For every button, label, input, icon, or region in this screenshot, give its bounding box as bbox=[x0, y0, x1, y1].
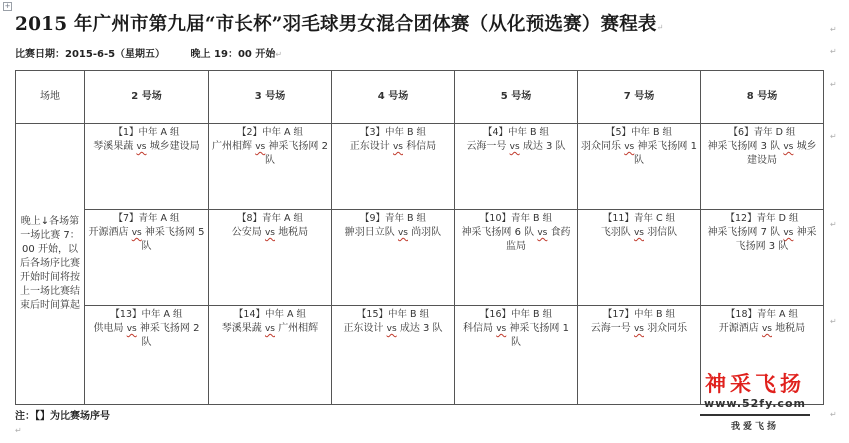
paragraph-mark-icon: ↵ bbox=[830, 25, 837, 34]
match-teams: 开源酒店 vs 地税局 bbox=[703, 322, 821, 336]
match-teams: 翀羽日立队 vs 尚羽队 bbox=[334, 226, 452, 240]
vs-label: vs bbox=[510, 142, 520, 152]
vs-label: vs bbox=[265, 228, 275, 238]
header-court-8: 8 号场 bbox=[701, 71, 824, 124]
vs-label: vs bbox=[783, 142, 793, 152]
match-teams: 正东设计 vs 成达 3 队 bbox=[334, 322, 452, 336]
vs-label: vs bbox=[783, 228, 793, 238]
match-teams: 科信局 vs 神采飞扬网 1 队 bbox=[457, 322, 575, 350]
match-number: 【13】中年 A 组 bbox=[87, 308, 206, 322]
match-teams: 云海一号 vs 羽众同乐 bbox=[580, 322, 698, 336]
match-teams: 神采飞扬网 7 队 vs 神采飞扬网 3 队 bbox=[703, 226, 821, 254]
vs-label: vs bbox=[393, 142, 403, 152]
match-meta: 比赛日期：2015-6-5（星期五） 晚上 19：00 开始↵ bbox=[15, 45, 282, 60]
match-number: 【2】中年 A 组 bbox=[211, 126, 329, 140]
match-cell: 【6】青年 D 组神采飞扬网 3 队 vs 城乡建设局 bbox=[701, 124, 824, 210]
paragraph-mark-icon: ↵ bbox=[830, 220, 837, 229]
match-cell: 【1】中年 A 组琴溪果蔬 vs 城乡建设局 bbox=[85, 124, 209, 210]
table-header-row: 场地 2 号场 3 号场 4 号场 5 号场 7 号场 8 号场 bbox=[16, 71, 824, 124]
watermark-brand: 神采飞扬 bbox=[690, 372, 820, 396]
match-cell: 【15】中年 B 组正东设计 vs 成达 3 队 bbox=[332, 306, 455, 405]
match-number: 【16】中年 B 组 bbox=[457, 308, 575, 322]
header-court-3: 3 号场 bbox=[209, 71, 332, 124]
match-cell: 【7】青年 A 组开源酒店 vs 神采飞扬网 5 队 bbox=[85, 210, 209, 306]
match-teams: 供电局 vs 神采飞扬网 2 队 bbox=[87, 322, 206, 350]
vs-label: vs bbox=[387, 324, 397, 334]
match-cell: 【13】中年 A 组供电局 vs 神采飞扬网 2 队 bbox=[85, 306, 209, 405]
vs-label: vs bbox=[537, 228, 547, 238]
vs-label: vs bbox=[496, 324, 506, 334]
match-cell: 【10】青年 B 组神采飞扬网 6 队 vs 食药监局 bbox=[455, 210, 578, 306]
match-number: 【18】青年 A 组 bbox=[703, 308, 821, 322]
match-cell: 【14】中年 A 组琴溪果蔬 vs 广州相辉 bbox=[209, 306, 332, 405]
match-cell: 【11】青年 C 组飞羽队 vs 羽信队 bbox=[578, 210, 701, 306]
match-teams: 云海一号 vs 成达 3 队 bbox=[457, 140, 575, 154]
watermark-url: www.52fy.com bbox=[690, 397, 820, 410]
match-number: 【11】青年 C 组 bbox=[580, 212, 698, 226]
table-row: 晚上↓各场第一场比赛 7：00 开始，以后各场序比赛开始时间将按上一场比赛结束后… bbox=[16, 124, 824, 210]
match-teams: 神采飞扬网 3 队 vs 城乡建设局 bbox=[703, 140, 821, 168]
paragraph-mark-icon: ↵ bbox=[15, 426, 22, 435]
vs-label: vs bbox=[132, 228, 142, 238]
footnote: 注：【】为比赛场序号 bbox=[15, 407, 110, 422]
match-cell: 【16】中年 B 组科信局 vs 神采飞扬网 1 队 bbox=[455, 306, 578, 405]
match-cell: 【8】青年 A 组公安局 vs 地税局 bbox=[209, 210, 332, 306]
match-number: 【4】中年 B 组 bbox=[457, 126, 575, 140]
match-number: 【9】青年 B 组 bbox=[334, 212, 452, 226]
match-date: 比赛日期：2015-6-5（星期五） bbox=[15, 49, 165, 60]
match-teams: 飞羽队 vs 羽信队 bbox=[580, 226, 698, 240]
match-number: 【5】中年 B 组 bbox=[580, 126, 698, 140]
match-number: 【8】青年 A 组 bbox=[211, 212, 329, 226]
paragraph-mark-icon: ↵ bbox=[657, 23, 664, 32]
vs-label: vs bbox=[634, 324, 644, 334]
watermark-slogan: 我爱飞扬 bbox=[690, 419, 820, 432]
match-teams: 正东设计 vs 科信局 bbox=[334, 140, 452, 154]
start-time: 晚上 19：00 开始 bbox=[191, 49, 276, 60]
paragraph-mark-icon: ↵ bbox=[830, 80, 837, 89]
paragraph-mark-icon: ↵ bbox=[830, 132, 837, 141]
match-cell: 【2】中年 A 组广州相辉 vs 神采飞扬网 2 队 bbox=[209, 124, 332, 210]
vs-label: vs bbox=[255, 142, 265, 152]
time-note-cell: 晚上↓各场第一场比赛 7：00 开始，以后各场序比赛开始时间将按上一场比赛结束后… bbox=[16, 124, 85, 405]
match-cell: 【12】青年 D 组神采飞扬网 7 队 vs 神采飞扬网 3 队 bbox=[701, 210, 824, 306]
header-court-4: 4 号场 bbox=[332, 71, 455, 124]
match-number: 【7】青年 A 组 bbox=[87, 212, 206, 226]
paragraph-mark-icon: ↵ bbox=[830, 47, 837, 56]
table-row: 【7】青年 A 组开源酒店 vs 神采飞扬网 5 队 【8】青年 A 组公安局 … bbox=[16, 210, 824, 306]
page-title: 2015 年广州市第九届“市长杯”羽毛球男女混合团体赛（从化预选赛）赛程表↵ bbox=[15, 10, 664, 36]
match-number: 【17】中年 B 组 bbox=[580, 308, 698, 322]
vs-label: vs bbox=[634, 228, 644, 238]
vs-label: vs bbox=[136, 142, 146, 152]
vs-label: vs bbox=[265, 324, 275, 334]
match-number: 【3】中年 B 组 bbox=[334, 126, 452, 140]
vs-label: vs bbox=[762, 324, 772, 334]
watermark: 神采飞扬 www.52fy.com 我爱飞扬 bbox=[690, 372, 820, 432]
schedule-table: 场地 2 号场 3 号场 4 号场 5 号场 7 号场 8 号场 晚上↓各场第一… bbox=[15, 70, 824, 405]
match-teams: 广州相辉 vs 神采飞扬网 2 队 bbox=[211, 140, 329, 168]
match-number: 【6】青年 D 组 bbox=[703, 126, 821, 140]
paragraph-mark-icon: ↵ bbox=[830, 317, 837, 326]
match-cell: 【9】青年 B 组翀羽日立队 vs 尚羽队 bbox=[332, 210, 455, 306]
match-number: 【14】中年 A 组 bbox=[211, 308, 329, 322]
match-teams: 神采飞扬网 6 队 vs 食药监局 bbox=[457, 226, 575, 254]
match-cell: 【3】中年 B 组正东设计 vs 科信局 bbox=[332, 124, 455, 210]
watermark-divider bbox=[700, 414, 810, 416]
match-number: 【15】中年 B 组 bbox=[334, 308, 452, 322]
header-court-2: 2 号场 bbox=[85, 71, 209, 124]
header-court-7: 7 号场 bbox=[578, 71, 701, 124]
match-teams: 公安局 vs 地税局 bbox=[211, 226, 329, 240]
header-court-5: 5 号场 bbox=[455, 71, 578, 124]
match-teams: 琴溪果蔬 vs 城乡建设局 bbox=[87, 140, 206, 154]
table-move-handle-icon[interactable]: + bbox=[3, 2, 12, 11]
match-teams: 开源酒店 vs 神采飞扬网 5 队 bbox=[87, 226, 206, 254]
match-teams: 羽众同乐 vs 神采飞扬网 1 队 bbox=[580, 140, 698, 168]
vs-label: vs bbox=[127, 324, 137, 334]
match-teams: 琴溪果蔬 vs 广州相辉 bbox=[211, 322, 329, 336]
match-number: 【12】青年 D 组 bbox=[703, 212, 821, 226]
match-number: 【10】青年 B 组 bbox=[457, 212, 575, 226]
header-venue: 场地 bbox=[16, 71, 85, 124]
paragraph-mark-icon: ↵ bbox=[830, 410, 837, 419]
match-cell: 【5】中年 B 组羽众同乐 vs 神采飞扬网 1 队 bbox=[578, 124, 701, 210]
match-cell: 【17】中年 B 组云海一号 vs 羽众同乐 bbox=[578, 306, 701, 405]
paragraph-mark-icon: ↵ bbox=[275, 50, 282, 59]
vs-label: vs bbox=[624, 142, 634, 152]
vs-label: vs bbox=[398, 228, 408, 238]
match-number: 【1】中年 A 组 bbox=[87, 126, 206, 140]
match-cell: 【4】中年 B 组云海一号 vs 成达 3 队 bbox=[455, 124, 578, 210]
